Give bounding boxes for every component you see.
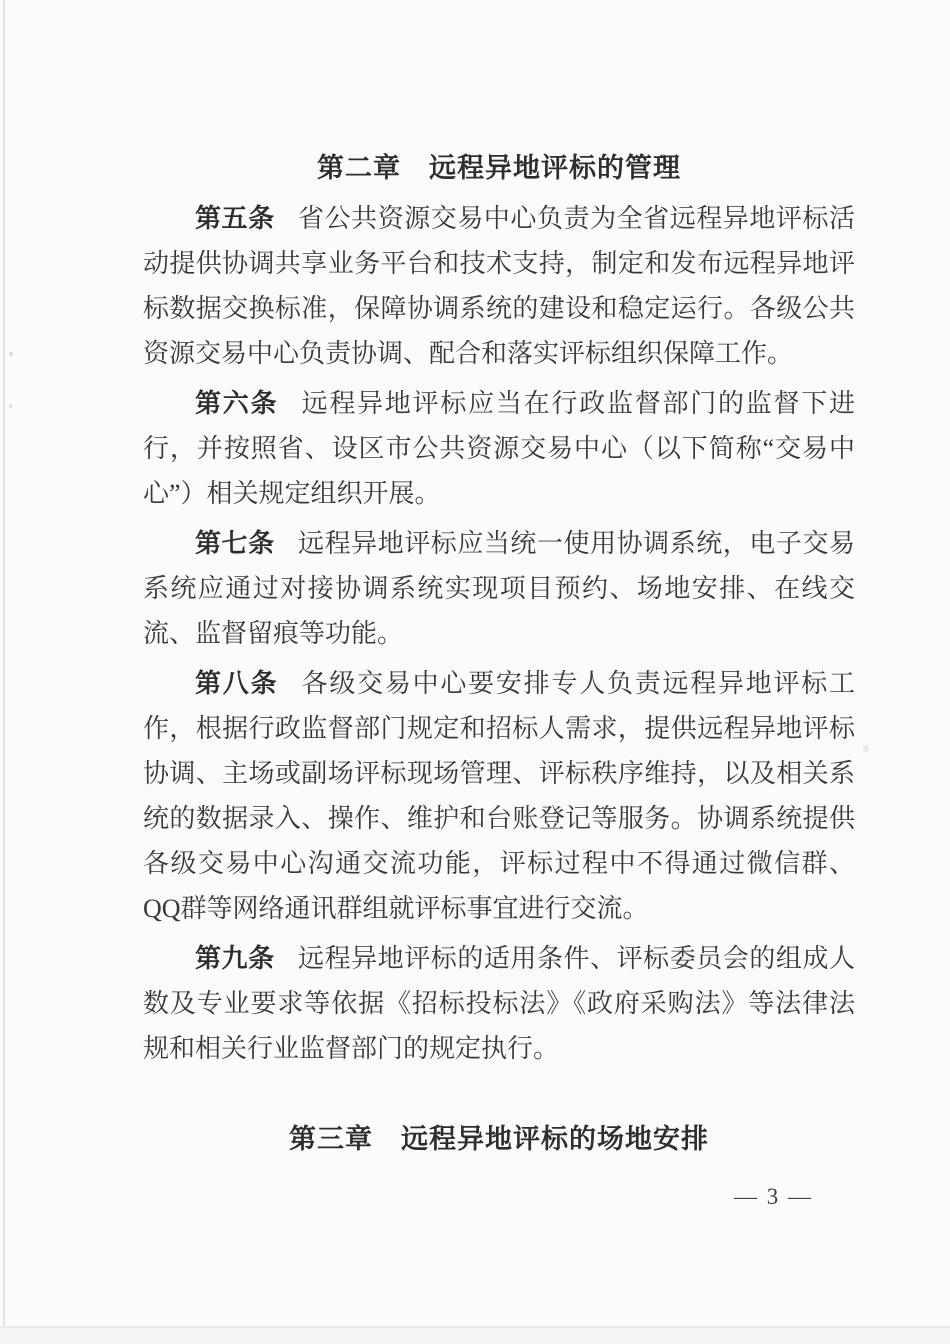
article-7-number: 第七条: [195, 528, 275, 558]
chapter-3-heading: 第三章 远程异地评标的场地安排: [143, 1117, 855, 1161]
article-6-number: 第六条: [195, 388, 278, 418]
article-7-paragraph: 第七条远程异地评标应当统一使用协调系统，电子交易系统应通过对接协调系统实现项目预…: [143, 521, 855, 656]
scan-artifact-bottom-strip: [0, 1328, 950, 1344]
article-9-paragraph: 第九条远程异地评标的适用条件、评标委员会的组成人数及专业要求等依据《招标投标法》…: [143, 936, 855, 1071]
article-9-number: 第九条: [195, 943, 275, 973]
scan-artifact-speck: [9, 404, 12, 408]
article-6-paragraph: 第六条远程异地评标应当在行政监督部门的监督下进行，并按照省、设区市公共资源交易中…: [143, 381, 855, 516]
article-8-paragraph: 第八条各级交易中心要安排专人负责远程异地评标工作，根据行政监督部门规定和招标人需…: [143, 661, 855, 931]
scan-artifact-speck: [863, 745, 869, 752]
scan-artifact-left-edge: [3, 0, 5, 1344]
article-5-paragraph: 第五条省公共资源交易中心负责为全省远程异地评标活动提供协调共享业务平台和技术支持…: [143, 196, 855, 376]
scan-artifact-speck: [9, 352, 13, 356]
chapter-2-heading: 第二章 远程异地评标的管理: [143, 146, 855, 190]
document-body: 第二章 远程异地评标的管理 第五条省公共资源交易中心负责为全省远程异地评标活动提…: [143, 146, 855, 1161]
article-8-number: 第八条: [195, 668, 278, 698]
article-8-text: 各级交易中心要安排专人负责远程异地评标工作，根据行政监督部门规定和招标人需求，提…: [143, 669, 855, 923]
page-number: — 3 —: [734, 1183, 813, 1211]
article-5-number: 第五条: [195, 203, 275, 233]
scanned-document-page: 第二章 远程异地评标的管理 第五条省公共资源交易中心负责为全省远程异地评标活动提…: [0, 0, 950, 1344]
